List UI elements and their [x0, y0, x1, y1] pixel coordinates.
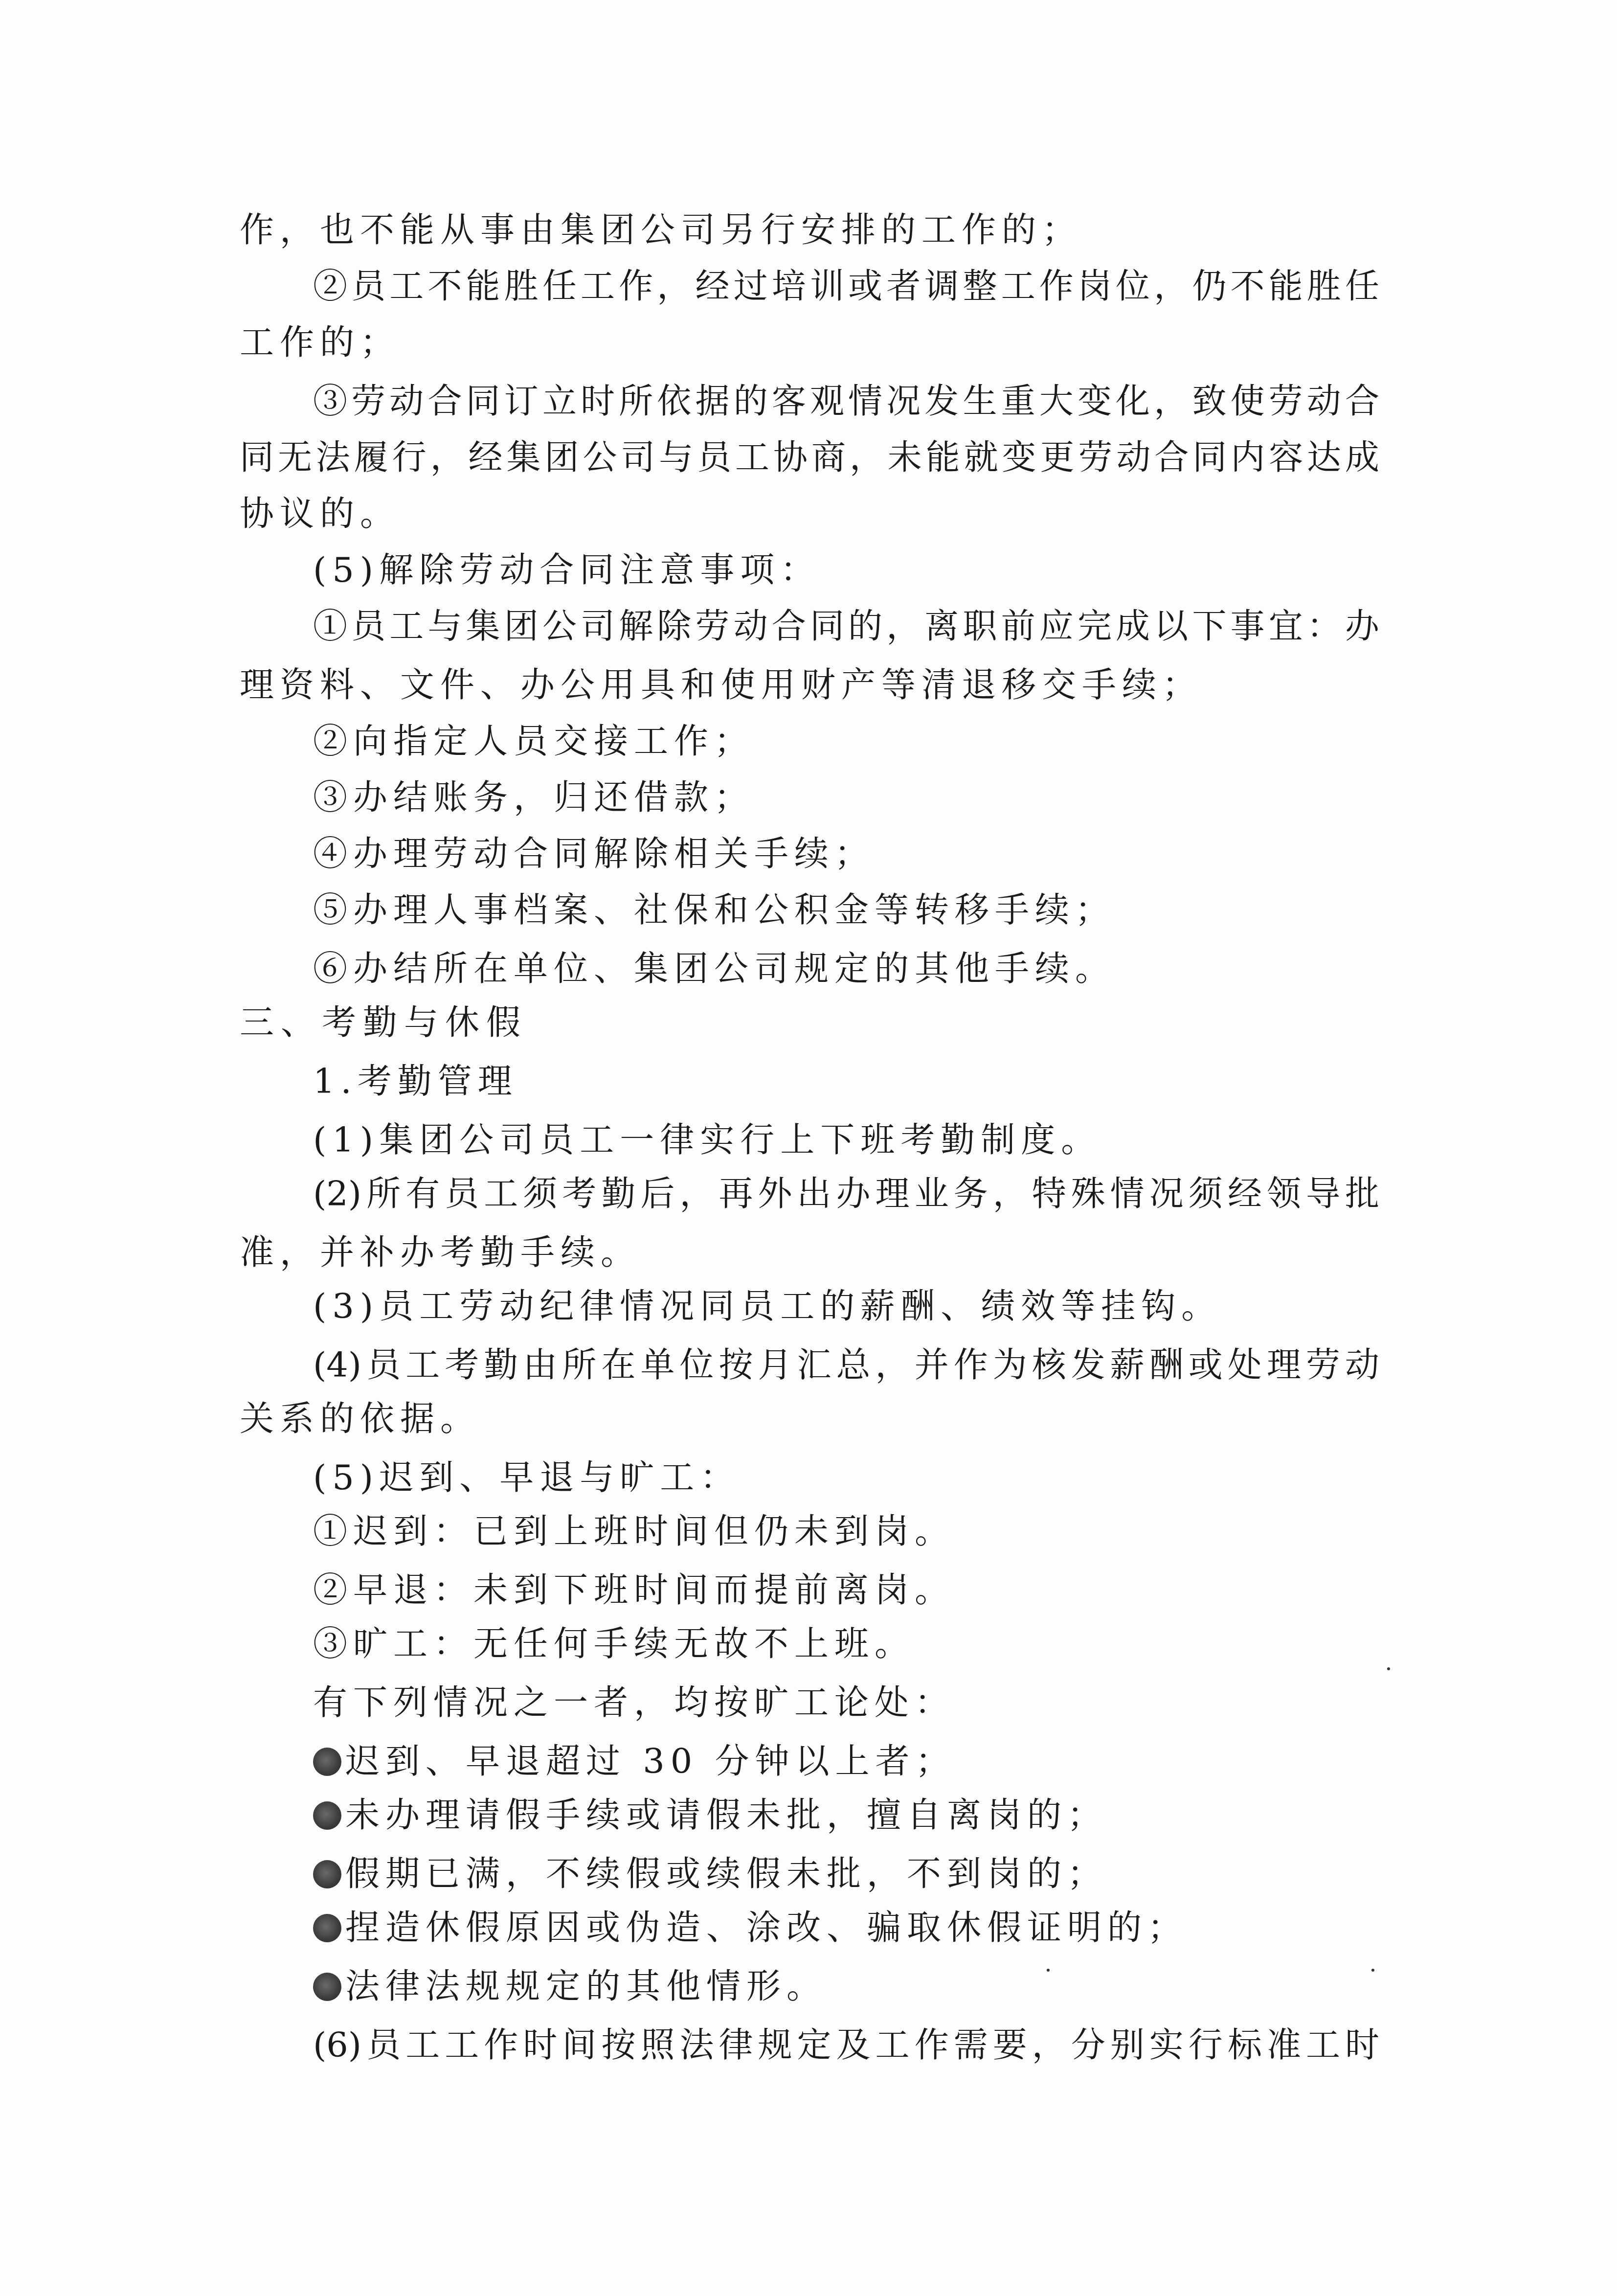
- bullet-item: 假期已满，不续假或续假未批，不到岗的；: [313, 1849, 1453, 1898]
- text-line: 作，也不能从事由集团公司另行安排的工作的；: [240, 205, 1379, 254]
- list-item: ④办理劳动合同解除相关手续；: [313, 829, 1453, 878]
- list-item: ③旷工：无任何手续无故不上班。: [313, 1619, 1453, 1668]
- text-line: 准，并补办考勤手续。: [240, 1228, 1379, 1277]
- bullet-icon: [313, 1973, 341, 2001]
- text-line: 协议的。: [240, 489, 1379, 538]
- list-item: ⑤办理人事档案、社保和公积金等转移手续；: [313, 886, 1453, 934]
- text-line: (4)员工考勤由所在单位按月汇总，并作为核发薪酬或处理劳动: [313, 1341, 1379, 1389]
- bullet-text: 迟到、早退超过 30 分钟以上者；: [345, 1741, 956, 1781]
- list-item: ③办结账务，归还借款；: [313, 773, 1453, 822]
- sub-heading: (5)解除劳动合同注意事项：: [313, 546, 1453, 594]
- text-line: (1)集团公司员工一律实行上下班考勤制度。: [313, 1115, 1453, 1164]
- scan-speck: [1047, 1969, 1050, 1972]
- document-page: 作，也不能从事由集团公司另行安排的工作的； ②员工不能胜任工作，经过培训或者调整…: [0, 0, 1617, 2296]
- list-item: ②向指定人员交接工作；: [313, 717, 1453, 766]
- text-line: ①员工与集团公司解除劳动合同的，离职前应完成以下事宜：办: [313, 602, 1379, 651]
- list-item: ①迟到：已到上班时间但仍未到岗。: [313, 1507, 1453, 1556]
- sub-heading: 1.考勤管理: [313, 1057, 1453, 1106]
- list-item: ⑥办结所在单位、集团公司规定的其他手续。: [313, 944, 1453, 993]
- bullet-text: 未办理请假手续或请假未批，擅自离岗的；: [345, 1795, 1107, 1835]
- text-line: (3)员工劳动纪律情况同员工的薪酬、绩效等挂钩。: [313, 1282, 1453, 1331]
- text-line: 关系的依据。: [240, 1394, 1379, 1443]
- text-line: 有下列情况之一者，均按旷工论处：: [313, 1678, 1453, 1727]
- text-line: 理资料、文件、办公用具和使用财产等清退移交手续；: [240, 660, 1379, 709]
- bullet-item: 迟到、早退超过 30 分钟以上者；: [313, 1737, 1453, 1786]
- scan-speck: [1387, 1667, 1390, 1670]
- sub-heading: (5)迟到、早退与旷工：: [313, 1453, 1453, 1502]
- bullet-text: 法律法规规定的其他情形。: [345, 1966, 827, 2006]
- bullet-text: 捏造休假原因或伪造、涂改、骗取休假证明的；: [345, 1908, 1188, 1948]
- bullet-item: 法律法规规定的其他情形。: [313, 1962, 1453, 2011]
- bullet-item: 捏造休假原因或伪造、涂改、骗取休假证明的；: [313, 1903, 1453, 1952]
- bullet-text: 假期已满，不续假或续假未批，不到岗的；: [345, 1854, 1107, 1894]
- bullet-icon: [313, 1914, 341, 1942]
- text-line: ②员工不能胜任工作，经过培训或者调整工作岗位，仍不能胜任: [313, 262, 1379, 311]
- section-heading: 三、考勤与休假: [240, 998, 1379, 1047]
- bullet-item: 未办理请假手续或请假未批，擅自离岗的；: [313, 1791, 1453, 1840]
- list-item: ②早退：未到下班时间而提前离岗。: [313, 1566, 1453, 1614]
- text-line: (2)所有员工须考勤后，再外出办理业务，特殊情况须经领导批: [313, 1169, 1379, 1218]
- bullet-icon: [313, 1748, 341, 1776]
- text-line: (6)员工工作时间按照法律规定及工作需要，分别实行标准工时: [313, 2021, 1379, 2069]
- scan-speck: [1371, 1969, 1374, 1972]
- text-line: 工作的；: [240, 318, 1379, 367]
- text-line: ③劳动合同订立时所依据的客观情况发生重大变化，致使劳动合: [313, 377, 1379, 426]
- text-line: 同无法履行，经集团公司与员工协商，未能就变更劳动合同内容达成: [240, 433, 1379, 482]
- bullet-icon: [313, 1801, 341, 1830]
- bullet-icon: [313, 1860, 341, 1888]
